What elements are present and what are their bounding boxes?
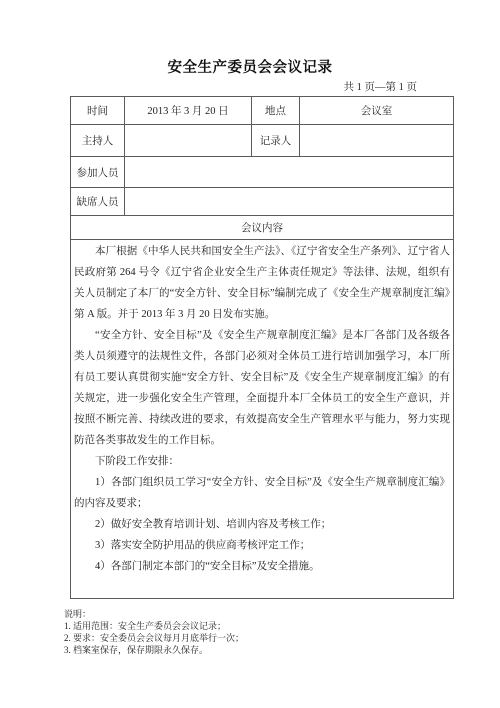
absent-value [125,188,454,216]
table-row-absent: 缺席人员 [71,188,454,216]
note-item: 3. 档案室保存，保存期限永久保存。 [64,644,500,656]
content-paragraph: 本厂根据《中华人民共和国安全生产法》、《辽宁省安全生产条列》、辽宁省人民政府第 … [74,241,450,325]
table-row-host-recorder: 主持人 记录人 [71,125,454,157]
recorder-value [300,125,454,157]
absent-label: 缺席人员 [71,188,125,216]
location-label: 地点 [252,97,300,125]
table-row-attendees: 参加人员 [71,157,454,188]
content-list-item: 1）各部门组织员工学习“安全方针、安全目标”及《安全生产规章制度汇编》的内容及要… [74,472,450,514]
time-label: 时间 [71,97,125,125]
content-list-item: 2）做好安全教育培训计划、培训内容及考核工作； [74,514,450,535]
content-section-header: 会议内容 [71,216,454,240]
host-label: 主持人 [71,125,125,157]
content-paragraph: “安全方针、安全目标”及《安全生产规章制度汇编》是本厂各部门及各级各类人员须遵守… [74,325,450,451]
attendees-value [125,157,454,188]
host-value [125,125,252,157]
table-row-content-header: 会议内容 [71,216,454,240]
page-count: 共 1 页—第 1 页 [70,80,453,96]
meeting-content-cell: 本厂根据《中华人民共和国安全生产法》、《辽宁省安全生产条列》、辽宁省人民政府第 … [71,240,454,599]
table-row-content: 本厂根据《中华人民共和国安全生产法》、《辽宁省安全生产条列》、辽宁省人民政府第 … [71,240,454,599]
document-title: 安全生产委员会会议记录 [0,0,500,78]
table-row-time-location: 时间 2013 年 3 月 20 日 地点 会议室 [71,97,454,125]
document-page: 安全生产委员会会议记录 共 1 页—第 1 页 时间 2013 年 3 月 20… [0,0,500,708]
content-list-item: 4）各部门制定本部门的“安全目标”及安全措施。 [74,556,450,577]
meeting-record-table: 时间 2013 年 3 月 20 日 地点 会议室 主持人 记录人 参加人员 缺… [70,96,454,599]
note-item: 2. 要求：安全委员会会议每月月底举行一次； [64,632,500,644]
notes-section: 说明： 1. 适用范围：安全生产委员会会议记录； 2. 要求：安全委员会会议每月… [64,608,500,656]
content-list-item: 3）落实安全防护用品的供应商考核评定工作； [74,535,450,556]
note-item: 1. 适用范围：安全生产委员会会议记录； [64,620,500,632]
content-paragraph: 下阶段工作安排： [74,451,450,472]
attendees-label: 参加人员 [71,157,125,188]
notes-heading: 说明： [64,608,500,620]
time-value: 2013 年 3 月 20 日 [125,97,252,125]
location-value: 会议室 [300,97,454,125]
recorder-label: 记录人 [252,125,300,157]
